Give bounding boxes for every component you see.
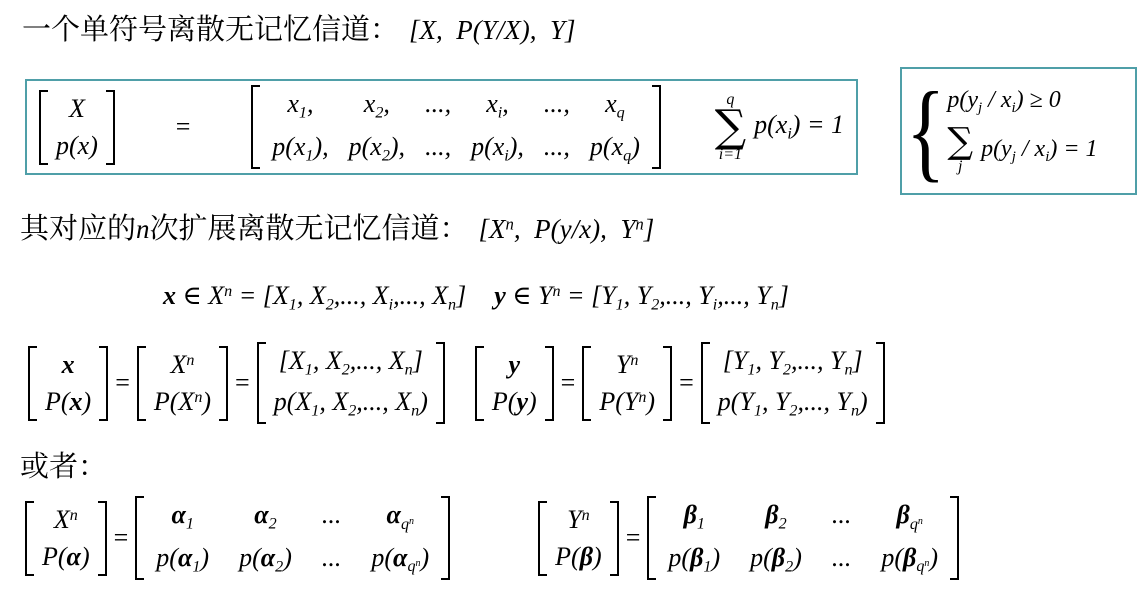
matrix-cell: p(βqn) bbox=[881, 543, 938, 577]
matrix-cell: p(β2) bbox=[750, 543, 802, 577]
y-extension-equation: y P(y) = Yn P(Yn) = [Y1, Y2,..., Yn] p(Y… bbox=[475, 342, 885, 424]
matrix-cell: p(x1), bbox=[272, 132, 328, 166]
bracket-left bbox=[647, 496, 656, 580]
bracket-right bbox=[98, 501, 107, 576]
equals-sign: = bbox=[176, 112, 191, 142]
source-matrix-rhs: x1, x2, ..., xi, ..., xq p(x1), p(x2), .… bbox=[251, 85, 661, 169]
equals-sign: = bbox=[115, 368, 130, 398]
matrix-cell: P(Yn) bbox=[599, 387, 655, 417]
bracket-left bbox=[701, 342, 710, 424]
matrix-cell: ..., bbox=[425, 132, 451, 166]
sigma-icon: ∑ bbox=[715, 108, 746, 145]
matrix-cell: Yn bbox=[616, 350, 639, 380]
matrix-cell: y bbox=[509, 350, 521, 380]
matrix-cell: p(xi), bbox=[471, 132, 524, 166]
x-vector-definition: x ∈ Xn = [X1, X2,..., Xi,..., Xn] bbox=[163, 281, 466, 315]
matrix-cell: p(Y1, Y2,..., Yn) bbox=[718, 387, 868, 421]
vector-definitions: x ∈ Xn = [X1, X2,..., Xi,..., Xn] y ∈ Yn… bbox=[163, 281, 789, 315]
equals-sign: = bbox=[235, 368, 250, 398]
matrix-cell: x bbox=[62, 350, 75, 380]
alphabet-equations: Xn P(α) = α1 α2 ... αqn p(α1) p(α2) ... … bbox=[25, 496, 959, 580]
matrix-cell: ... bbox=[322, 543, 342, 577]
matrix-cell: α1 bbox=[171, 500, 193, 534]
heading-math: [Xn, P(y/x), Yn] bbox=[479, 214, 655, 245]
bracket-right bbox=[99, 346, 108, 421]
matrix-cell: β1 bbox=[684, 500, 705, 534]
matrix-cell: [Y1, Y2,..., Yn] bbox=[723, 346, 863, 380]
matrix-cell: β2 bbox=[765, 500, 786, 534]
sum-lower-limit: j bbox=[958, 158, 962, 176]
matrix-cell: p(α2) bbox=[239, 543, 292, 577]
bracket-left bbox=[135, 496, 144, 580]
bracket-left bbox=[39, 90, 48, 165]
equals-sign: = bbox=[626, 523, 641, 553]
nonnegativity-condition: p(yj / xi) ≥ 0 bbox=[947, 87, 1097, 117]
matrix-cell: x1, bbox=[287, 89, 313, 123]
beta-equation: Yn P(β) = β1 β2 ... βqn p(β1) p(β2) ... … bbox=[538, 496, 959, 580]
extension-heading: 其对应的n次扩展离散无记忆信道： [Xn, P(y/x), Yn] bbox=[20, 206, 654, 247]
source-matrix-lhs: X p(x) bbox=[39, 90, 115, 165]
matrix-cell: ..., bbox=[544, 89, 570, 123]
matrix-cell: p(αqn) bbox=[371, 543, 429, 577]
matrix-cell: p(α1) bbox=[156, 543, 209, 577]
bracket-left bbox=[137, 346, 146, 421]
heading-text: 其对应的 bbox=[20, 206, 136, 247]
matrix-cell: xq bbox=[605, 89, 625, 123]
heading-n: n bbox=[136, 214, 150, 245]
bracket-right bbox=[106, 90, 115, 165]
matrix-cell: ..., bbox=[425, 89, 451, 123]
title-math: [X, P(Y/X), Y] bbox=[409, 15, 576, 46]
matrix-cell: P(y) bbox=[492, 387, 537, 417]
bracket-right bbox=[219, 346, 228, 421]
bracket-right bbox=[436, 342, 445, 424]
matrix-cell: P(x) bbox=[45, 387, 91, 417]
sum-body: p(xi) = 1 bbox=[754, 110, 844, 144]
bracket-right bbox=[545, 346, 554, 421]
or-label: 或者： bbox=[20, 444, 107, 485]
probability-sum-constraint: q ∑ i=1 p(xi) = 1 bbox=[715, 91, 844, 164]
bracket-left bbox=[538, 501, 547, 576]
heading-text: 次扩展离散无记忆信道： bbox=[150, 206, 469, 247]
matrix-cell: p(xq) bbox=[590, 132, 640, 166]
bracket-right bbox=[441, 496, 450, 580]
matrix-cell: p(β1) bbox=[668, 543, 720, 577]
title-line: 一个单符号离散无记忆信道： [X, P(Y/X), Y] bbox=[22, 7, 576, 48]
bracket-right bbox=[876, 342, 885, 424]
matrix-cell: p(x2), bbox=[349, 132, 405, 166]
matrix-cell: βqn bbox=[897, 500, 923, 534]
matrix-cell: xi, bbox=[486, 89, 509, 123]
sum-body: p(yj / xi) = 1 bbox=[981, 136, 1097, 166]
bracket-right bbox=[610, 501, 619, 576]
matrix-cell: ... bbox=[832, 543, 852, 577]
matrix-cell: p(x) bbox=[56, 131, 98, 161]
matrix-cell: ..., bbox=[544, 132, 570, 166]
matrix-cell: ... bbox=[832, 500, 852, 534]
matrix-cell: ... bbox=[322, 500, 342, 534]
bracket-left bbox=[25, 501, 34, 576]
title-text: 一个单符号离散无记忆信道： bbox=[22, 7, 399, 48]
matrix-cell: Xn bbox=[54, 505, 78, 535]
lecture-slide: 一个单符号离散无记忆信道： [X, P(Y/X), Y] X p(x) = x1… bbox=[0, 0, 1146, 609]
sum-lower-limit: i=1 bbox=[719, 146, 742, 164]
equals-sign: = bbox=[561, 368, 576, 398]
bracket-left bbox=[582, 346, 591, 421]
matrix-cell: Yn bbox=[567, 505, 590, 535]
bracket-left bbox=[257, 342, 266, 424]
y-vector-definition: y ∈ Yn = [Y1, Y2,..., Yi,..., Yn] bbox=[494, 281, 789, 315]
left-brace: { bbox=[906, 76, 945, 187]
matrix-cell: P(β) bbox=[555, 542, 602, 572]
bracket-right bbox=[950, 496, 959, 580]
normalization-condition: ∑ j p(yj / xi) = 1 bbox=[947, 127, 1097, 175]
matrix-cell: x2, bbox=[364, 89, 390, 123]
matrix-cell: P(Xn) bbox=[154, 387, 211, 417]
matrix-cell: Xn bbox=[170, 350, 194, 380]
matrix-cell: X bbox=[69, 94, 85, 124]
extension-equations: x P(x) = Xn P(Xn) = [X1, X2,..., Xn] p(X… bbox=[28, 342, 885, 424]
matrix-cell: [X1, X2,..., Xn] bbox=[279, 346, 423, 380]
source-probability-box: X p(x) = x1, x2, ..., xi, ..., xq p(x1),… bbox=[25, 79, 858, 175]
equals-sign: = bbox=[114, 523, 129, 553]
conditional-probability-box: { p(yj / xi) ≥ 0 ∑ j p(yj / xi) = 1 bbox=[900, 67, 1137, 195]
bracket-left bbox=[28, 346, 37, 421]
matrix-cell: P(α) bbox=[42, 542, 90, 572]
bracket-left bbox=[475, 346, 484, 421]
matrix-cell: p(X1, X2,..., Xn) bbox=[274, 387, 428, 421]
sigma-icon: ∑ bbox=[947, 127, 973, 158]
bracket-right bbox=[663, 346, 672, 421]
bracket-left bbox=[251, 85, 260, 169]
matrix-cell: αqn bbox=[387, 500, 414, 534]
equals-sign: = bbox=[679, 368, 694, 398]
matrix-cell: α2 bbox=[254, 500, 276, 534]
alpha-equation: Xn P(α) = α1 α2 ... αqn p(α1) p(α2) ... … bbox=[25, 496, 450, 580]
x-extension-equation: x P(x) = Xn P(Xn) = [X1, X2,..., Xn] p(X… bbox=[28, 342, 445, 424]
bracket-right bbox=[652, 85, 661, 169]
